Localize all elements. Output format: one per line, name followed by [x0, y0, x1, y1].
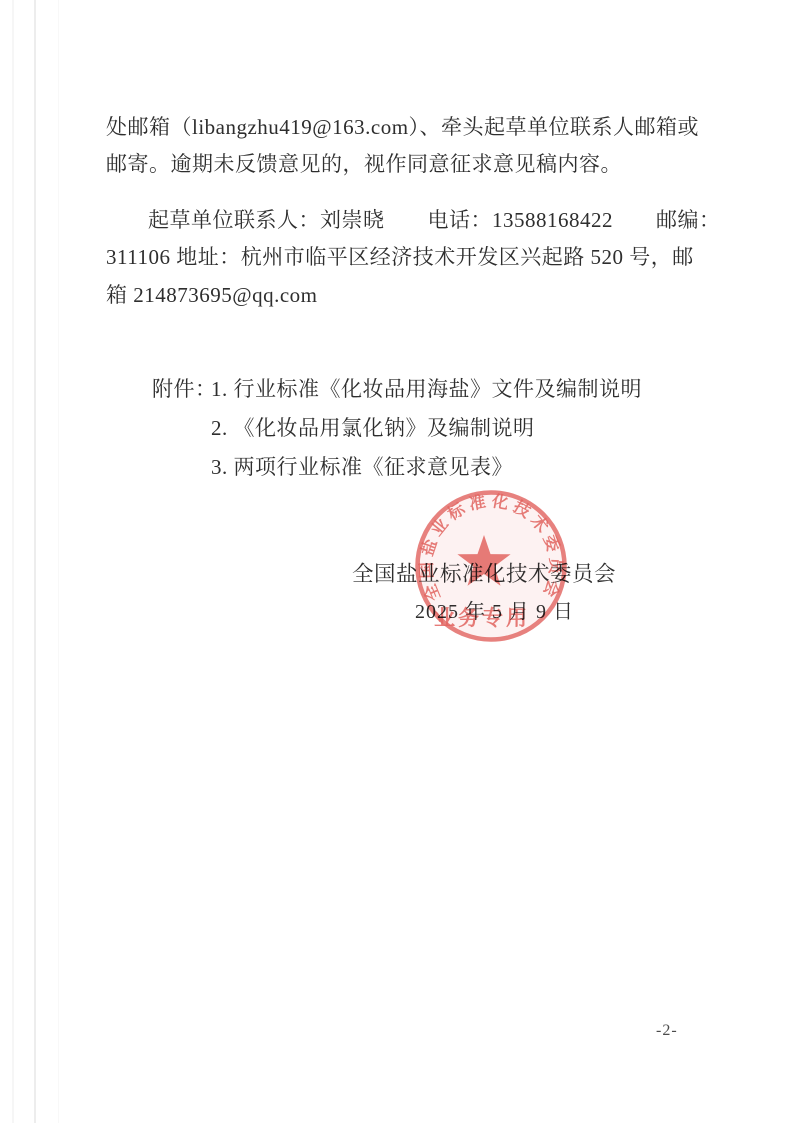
scan-artifact-line	[12, 0, 14, 1123]
scan-artifact-line	[58, 0, 59, 1123]
signature-organization: 全国盐业标准化技术委员会	[352, 562, 616, 586]
svg-text:全国盐业标准化技术委员会: 全国盐业标准化技术委员会	[417, 490, 566, 604]
page-number: -2-	[656, 1022, 678, 1040]
paragraph-continuation: 处邮箱（libangzhu419@163.com）、牵头起草单位联系人邮箱或 邮…	[106, 109, 699, 184]
scan-artifact-line	[34, 0, 36, 1123]
contact-line: 起草单位联系人：刘崇晓 电话：13588168422 邮编：	[106, 202, 721, 239]
document-page: 处邮箱（libangzhu419@163.com）、牵头起草单位联系人邮箱或 邮…	[0, 0, 794, 1123]
attachment-item: 1. 行业标准《化妆品用海盐》文件及编制说明	[211, 370, 642, 409]
attachments-label: 附件：	[152, 370, 217, 409]
attachments-list: 1. 行业标准《化妆品用海盐》文件及编制说明 2. 《化妆品用氯化钠》及编制说明…	[211, 370, 642, 487]
signature-date: 2025 年 5 月 9 日	[415, 601, 574, 624]
attachment-item: 2. 《化妆品用氯化钠》及编制说明	[211, 409, 642, 448]
contact-line: 311106 地址：杭州市临平区经济技术开发区兴起路 520 号，邮	[106, 239, 721, 276]
contact-line: 箱 214873695@qq.com	[106, 277, 721, 314]
paragraph-contact: 起草单位联系人：刘崇晓 电话：13588168422 邮编： 311106 地址…	[106, 202, 721, 314]
body-text-line: 处邮箱（libangzhu419@163.com）、牵头起草单位联系人邮箱或	[106, 109, 699, 146]
seal-ring-text: 全国盐业标准化技术委员会	[417, 490, 566, 604]
body-text-line: 邮寄。逾期未反馈意见的，视作同意征求意见稿内容。	[106, 146, 699, 183]
attachment-item: 3. 两项行业标准《征求意见表》	[211, 448, 642, 487]
